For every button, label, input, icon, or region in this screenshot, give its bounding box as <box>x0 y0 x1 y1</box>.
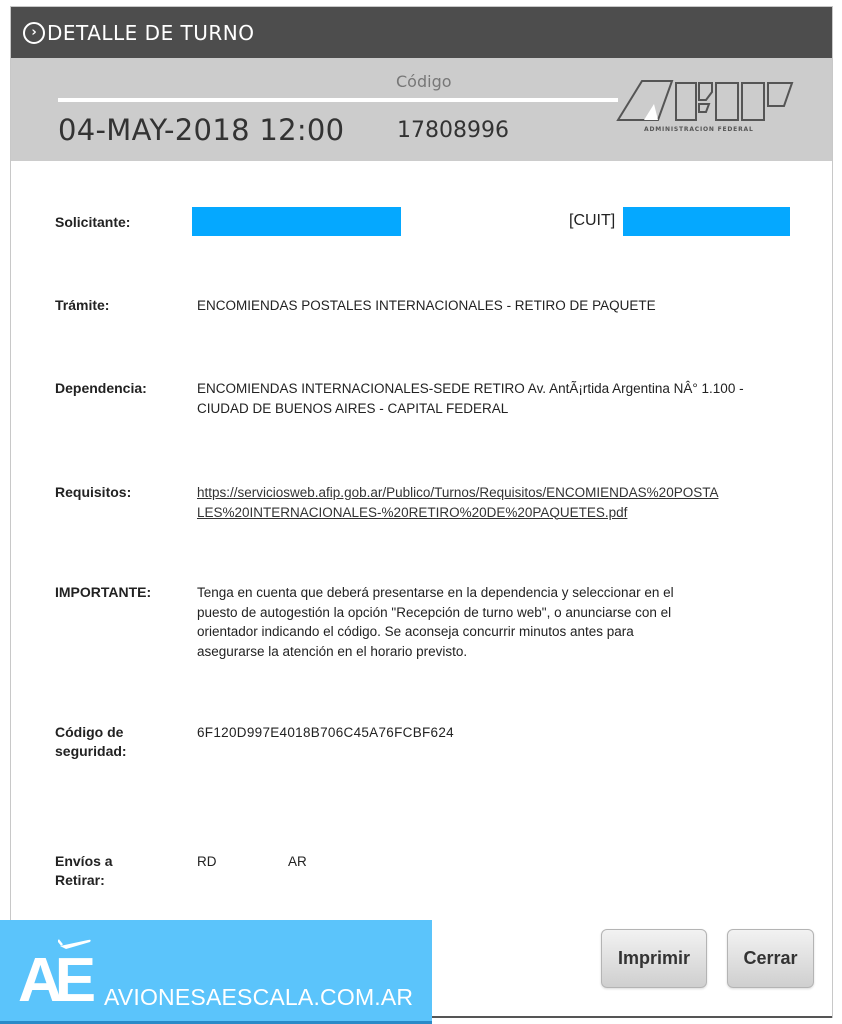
envios-label-line-1: Envíos a <box>55 852 113 871</box>
importante-line: Tenga en cuenta que deberá presentarse e… <box>197 583 767 603</box>
envios-label: Envíos a Retirar: <box>55 852 113 890</box>
afip-logo-subtitle: ADMINISTRACION FEDERAL <box>644 126 754 133</box>
dependencia-value: ENCOMIENDAS INTERNACIONALES-SEDE RETIRO … <box>197 379 767 418</box>
watermark-site: AVIONESAESCALA.COM.AR <box>104 984 413 1011</box>
solicitante-redacted-value <box>192 207 401 236</box>
envios-label-line-2: Retirar: <box>55 871 113 890</box>
requisitos-link-line-2[interactable]: LES%20INTERNACIONALES-%20RETIRO%20DE%20P… <box>197 503 767 523</box>
watermark-logo: AE <box>18 950 88 1012</box>
appointment-header: Código 04-MAY-2018 12:00 17808996 ADMINI… <box>11 58 832 161</box>
importante-line: orientador indicando el código. Se acons… <box>197 622 767 642</box>
codigo-label: Código <box>396 72 452 91</box>
requisitos-label: Requisitos: <box>55 483 131 502</box>
dependencia-line-2: CIUDAD DE BUENOS AIRES - CAPITAL FEDERAL <box>197 399 767 419</box>
print-button[interactable]: Imprimir <box>601 929 707 988</box>
window-titlebar: › DETALLE DE TURNO <box>11 7 832 58</box>
importante-value: Tenga en cuenta que deberá presentarse e… <box>197 583 767 661</box>
codigo-seguridad-label-line-1: Código de <box>55 723 127 742</box>
importante-line: asegurarse la atención en el horario pre… <box>197 642 767 662</box>
window-title: DETALLE DE TURNO <box>47 21 255 45</box>
tramite-label: Trámite: <box>55 296 109 315</box>
requisitos-link[interactable]: https://serviciosweb.afip.gob.ar/Publico… <box>197 483 767 522</box>
dependencia-label: Dependencia: <box>55 379 147 398</box>
envios-value-rd: RD <box>197 852 257 872</box>
dependencia-line-1: ENCOMIENDAS INTERNACIONALES-SEDE RETIRO … <box>197 379 767 399</box>
turno-detail-window: › DETALLE DE TURNO Código 04-MAY-2018 12… <box>10 6 833 1018</box>
cuit-label: [CUIT] <box>569 212 615 230</box>
envios-value-ar: AR <box>288 852 348 872</box>
codigo-seguridad-label: Código de seguridad: <box>55 723 127 761</box>
cuit-redacted-value <box>623 207 790 236</box>
tramite-value: ENCOMIENDAS POSTALES INTERNACIONALES - R… <box>197 296 767 316</box>
solicitante-label: Solicitante: <box>55 213 130 232</box>
chevron-right-circle-icon: › <box>23 22 45 44</box>
codigo-seguridad-label-line-2: seguridad: <box>55 742 127 761</box>
appointment-datetime: 04-MAY-2018 12:00 <box>58 113 344 147</box>
appointment-code: 17808996 <box>397 118 509 143</box>
header-divider <box>58 98 618 102</box>
watermark-banner: AE AVIONESAESCALA.COM.AR <box>0 920 432 1024</box>
importante-label: IMPORTANTE: <box>55 583 151 602</box>
codigo-seguridad-value: 6F120D997E4018B706C45A76FCBF624 <box>197 723 767 743</box>
importante-line: puesto de autogestión la opción "Recepci… <box>197 603 767 623</box>
close-button[interactable]: Cerrar <box>727 929 814 988</box>
requisitos-link-line-1[interactable]: https://serviciosweb.afip.gob.ar/Publico… <box>197 483 767 503</box>
